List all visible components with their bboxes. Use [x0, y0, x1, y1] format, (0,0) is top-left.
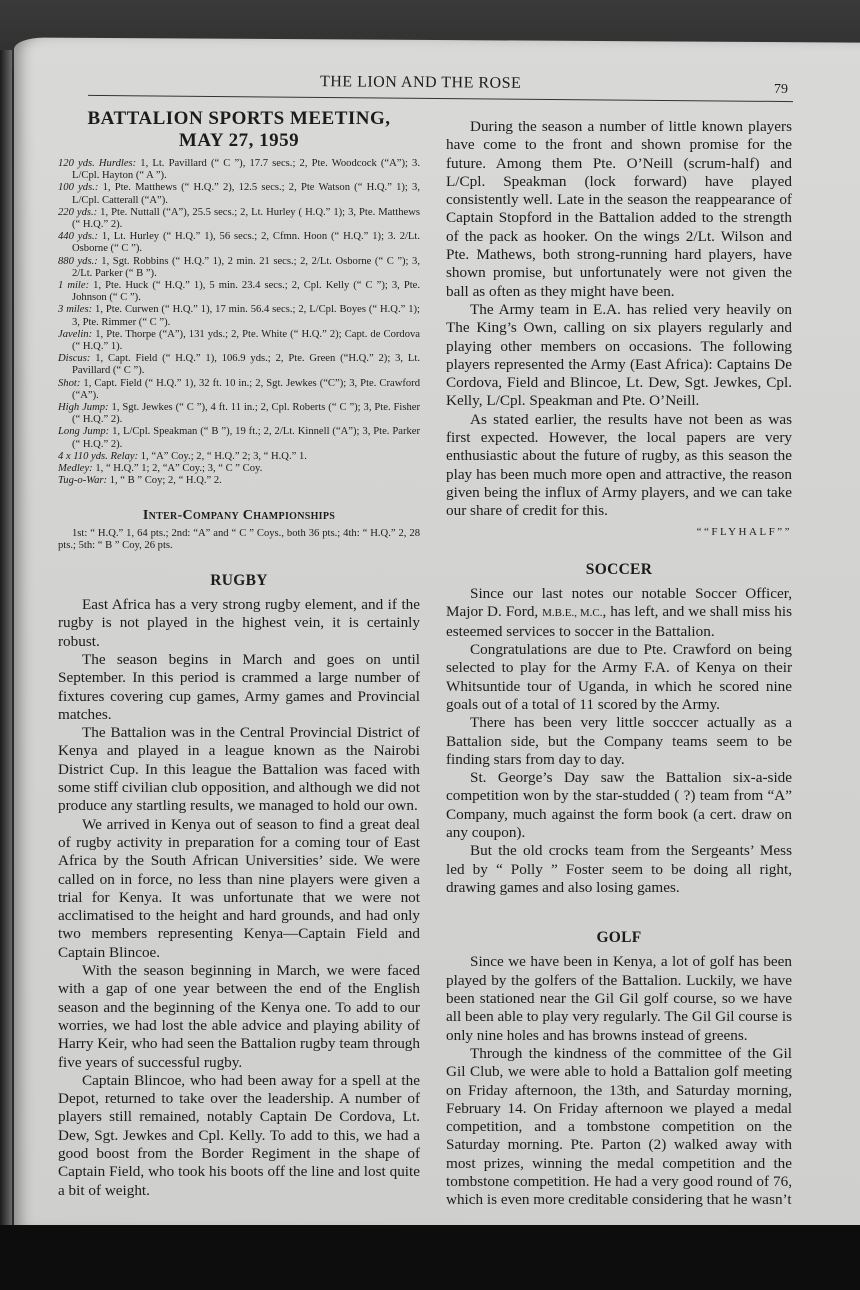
- results-list: 120 yds. Hurdles: 1, Lt. Pavillard (“ C …: [58, 158, 420, 487]
- page-number: 79: [774, 82, 788, 98]
- event-name: 120 yds. Hurdles:: [58, 158, 136, 169]
- event-name: 4 x 110 yds. Relay:: [58, 451, 138, 462]
- rugby-paragraph: East Africa has a very strong rugby elem…: [58, 596, 420, 651]
- soccer-title: SOCCER: [446, 561, 792, 579]
- event-name: 3 miles:: [58, 304, 92, 315]
- result-text: 1, Capt. Field (“ H.Q.” 1), 106.9 yds.; …: [72, 353, 420, 376]
- result-text: 1, “A” Coy.; 2, “ H.Q.” 2; 3, “ H.Q.” 1.: [138, 451, 307, 462]
- result-row: 220 yds.: 1, Pte. Nuttall (“A”), 25.5 se…: [58, 207, 420, 231]
- inter-company-results: 1st: “ H.Q.” 1, 64 pts.; 2nd: “A” and “ …: [58, 528, 420, 552]
- result-text: 1, L/Cpl. Speakman (“ B ”), 19 ft.; 2, 2…: [72, 426, 420, 449]
- rugby-paragraph: The Battalion was in the Central Provinc…: [58, 724, 420, 815]
- event-name: 220 yds.:: [58, 207, 97, 218]
- result-row: High Jump: 1, Sgt. Jewkes (“ C ”), 4 ft.…: [58, 402, 420, 426]
- golf-title: GOLF: [446, 929, 792, 947]
- rugby-paragraph: As stated earlier, the results have not …: [446, 411, 792, 521]
- result-row: 120 yds. Hurdles: 1, Lt. Pavillard (“ C …: [58, 158, 420, 182]
- result-row: 3 miles: 1, Pte. Curwen (“ H.Q.” 1), 17 …: [58, 304, 420, 328]
- result-row: Tug-o-War: 1, “ B ” Coy; 2, “ H.Q.” 2.: [58, 475, 420, 487]
- running-head: THE LION AND THE ROSE 79: [80, 72, 800, 102]
- soccer-paragraph: But the old crocks team from the Sergean…: [446, 842, 792, 897]
- rugby-paragraph: Captain Blincoe, who had been away for a…: [58, 1072, 420, 1200]
- result-text: 1, “ B ” Coy; 2, “ H.Q.” 2.: [107, 475, 222, 486]
- result-row: 4 x 110 yds. Relay: 1, “A” Coy.; 2, “ H.…: [58, 451, 420, 463]
- event-name: Shot:: [58, 378, 80, 389]
- event-name: Tug-o-War:: [58, 475, 107, 486]
- rugby-paragraph: The season begins in March and goes on u…: [58, 651, 420, 724]
- event-name: 100 yds.:: [58, 182, 98, 193]
- event-name: High Jump:: [58, 402, 109, 413]
- soccer-paragraph: St. George’s Day saw the Battalion six-a…: [446, 769, 792, 842]
- result-text: 1, Sgt. Jewkes (“ C ”), 4 ft. 11 in.; 2,…: [72, 402, 420, 425]
- event-name: Javelin:: [58, 329, 92, 340]
- sports-meeting-date: MAY 27, 1959: [58, 130, 420, 152]
- result-row: Shot: 1, Capt. Field (“ H.Q.” 1), 32 ft.…: [58, 378, 420, 402]
- event-name: Medley:: [58, 463, 93, 474]
- rugby-paragraph: With the season beginning in March, we w…: [58, 962, 420, 1072]
- result-row: Long Jump: 1, L/Cpl. Speakman (“ B ”), 1…: [58, 426, 420, 450]
- golf-paragraph: Since we have been in Kenya, a lot of go…: [446, 953, 792, 1044]
- result-row: 1 mile: 1, Pte. Huck (“ H.Q.” 1), 5 min.…: [58, 280, 420, 304]
- golf-paragraph: Through the kindness of the committee of…: [446, 1045, 792, 1210]
- soccer-paragraph: Since our last notes our notable Soccer …: [446, 585, 792, 641]
- result-text: 1, Pte. Nuttall (“A”), 25.5 secs.; 2, Lt…: [72, 207, 420, 230]
- soccer-paragraph: Congratulations are due to Pte. Crawford…: [446, 641, 792, 714]
- rugby-paragraph: We arrived in Kenya out of season to fin…: [58, 816, 420, 962]
- result-text: 1, “ H.Q.” 1; 2, “A” Coy.; 3, “ C ” Coy.: [93, 463, 263, 474]
- result-text: 1, Lt. Hurley (“ H.Q.” 1), 56 secs.; 2, …: [72, 231, 420, 254]
- event-name: 1 mile:: [58, 280, 89, 291]
- result-text: 1, Capt. Field (“ H.Q.” 1), 32 ft. 10 in…: [72, 378, 420, 401]
- backdrop-bottom: [0, 1225, 860, 1290]
- left-column: BATTALION SPORTS MEETING, MAY 27, 1959 1…: [58, 108, 420, 1200]
- event-name: 880 yds.:: [58, 256, 98, 267]
- journal-title: THE LION AND THE ROSE: [320, 73, 521, 93]
- result-row: Discus: 1, Capt. Field (“ H.Q.” 1), 106.…: [58, 353, 420, 377]
- honours-abbrev: M.B.E., M.C.: [542, 607, 602, 619]
- result-row: Javelin: 1, Pte. Thorpe (“A”), 131 yds.;…: [58, 329, 420, 353]
- header-rule: [88, 95, 793, 102]
- result-text: 1, Pte. Huck (“ H.Q.” 1), 5 min. 23.4 se…: [72, 280, 420, 303]
- author-signature: ““FLYHALF””: [697, 523, 792, 541]
- result-text: 1, Sgt. Robbins (“ H.Q.” 1), 2 min. 21 s…: [72, 256, 420, 279]
- event-name: 440 yds.:: [58, 231, 98, 242]
- inter-company-title: Inter-Company Championships: [58, 507, 420, 525]
- result-row: Medley: 1, “ H.Q.” 1; 2, “A” Coy.; 3, “ …: [58, 463, 420, 475]
- rugby-title: RUGBY: [58, 572, 420, 590]
- rugby-paragraph: The Army team in E.A. has relied very he…: [446, 301, 792, 411]
- result-row: 100 yds.: 1, Pte. Matthews (“ H.Q.” 2), …: [58, 182, 420, 206]
- soccer-paragraph: There has been very little socccer actua…: [446, 714, 792, 769]
- event-name: Long Jump:: [58, 426, 109, 437]
- result-row: 440 yds.: 1, Lt. Hurley (“ H.Q.” 1), 56 …: [58, 231, 420, 255]
- sports-meeting-title: BATTALION SPORTS MEETING,: [58, 108, 420, 130]
- page-binding-edge: [0, 50, 12, 1230]
- result-text: 1, Pte. Matthews (“ H.Q.” 2), 12.5 secs.…: [72, 182, 420, 205]
- result-text: 1, Pte. Thorpe (“A”), 131 yds.; 2, Pte. …: [72, 329, 420, 352]
- event-name: Discus:: [58, 353, 90, 364]
- result-text: 1, Pte. Curwen (“ H.Q.” 1), 17 min. 56.4…: [72, 304, 420, 327]
- rugby-paragraph: During the season a number of little kno…: [446, 118, 792, 301]
- result-row: 880 yds.: 1, Sgt. Robbins (“ H.Q.” 1), 2…: [58, 256, 420, 280]
- right-column: During the season a number of little kno…: [446, 118, 792, 1210]
